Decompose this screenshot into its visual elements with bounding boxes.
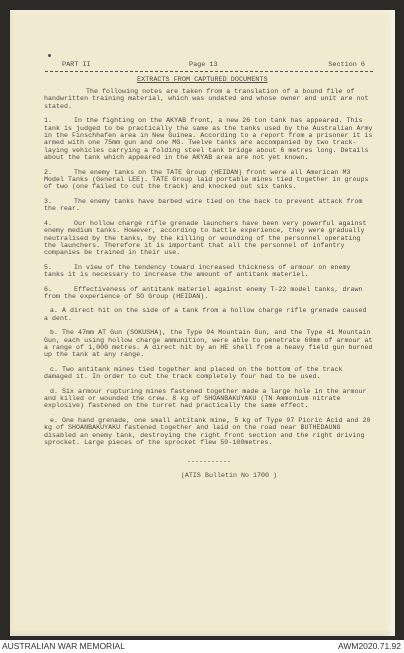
paragraph-2: 2.The enemy tanks on the TATE Group (HEI… (44, 169, 374, 191)
document-title: EXTRACTS FROM CAPTURED DOCUMENTS (137, 76, 268, 84)
header-section: Section 6 (328, 61, 365, 69)
paragraph-text: The enemy tanks have barbed wire tied on… (44, 198, 363, 212)
paragraph-text: In view of the tendency toward increased… (44, 264, 350, 278)
separator-line: ----------- (44, 458, 374, 465)
intro-paragraph: The following notes are taken from a tra… (44, 88, 374, 110)
paragraph-number: 1. (44, 117, 74, 124)
paragraph-3: 3.The enemy tanks have barbed wire tied … (44, 198, 374, 213)
subparagraph-text: Six armour rupturing mines fastened toge… (44, 388, 367, 410)
header-part: PART II (62, 61, 91, 69)
subparagraph-text: One hand grenade, one small antitank min… (44, 417, 371, 446)
subparagraph-label: d. (50, 388, 58, 395)
paragraph-1: 1.In the fighting on the AKYAB front, a … (44, 117, 374, 161)
subparagraph-label: c. (50, 366, 58, 373)
paragraph-text: The enemy tanks on the TATE Group (HEIDA… (44, 169, 369, 191)
subparagraph-b: b. The 47mm AT Gun (SOKUSHA), the Type 9… (44, 329, 374, 359)
paragraph-number: 5. (44, 264, 74, 271)
paragraph-number: 6. (44, 286, 74, 293)
page-header: PART II Page 13 Section 6 (45, 61, 373, 72)
paragraph-number: 3. (44, 198, 74, 205)
paragraph-text: Effectiveness of antitank materiel again… (44, 286, 363, 300)
paragraph-text: Our hollow charge rifle grenade launcher… (44, 220, 367, 257)
subparagraph-label: e. (50, 417, 58, 424)
citation: (ATIS Bulletin No 1700 ) (44, 472, 374, 479)
subparagraph-label: a. (50, 307, 58, 314)
paragraph-5: 5.In view of the tendency toward increas… (44, 264, 374, 279)
paragraph-number: 4. (44, 220, 74, 227)
document-body: The following notes are taken from a tra… (44, 88, 374, 479)
subparagraph-e: e. One hand grenade, one small antitank … (44, 417, 374, 447)
archive-caption: AUSTRALIAN WAR MEMORIAL AWM2020.71.92 (0, 640, 404, 653)
institution-name: AUSTRALIAN WAR MEMORIAL (2, 641, 125, 651)
subparagraph-text: Two antitank mines tied together and pla… (44, 366, 343, 380)
paragraph-number: 2. (44, 169, 74, 176)
paragraph-6: 6.Effectiveness of antitank materiel aga… (44, 286, 374, 301)
intro-text: The following notes are taken from a tra… (44, 88, 369, 110)
subparagraph-text: The 47mm AT Gun (SOKUSHA), the Type 94 M… (44, 329, 373, 358)
subparagraph-a: a. A direct hit on the side of a tank fr… (44, 307, 374, 322)
header-page: Page 13 (189, 61, 218, 69)
paragraph-text: In the fighting on the AKYAB front, a ne… (44, 117, 373, 161)
subparagraph-d: d. Six armour rupturing mines fastened t… (44, 388, 374, 410)
paragraph-4: 4.Our hollow charge rifle grenade launch… (44, 220, 374, 257)
subparagraph-text: A direct hit on the side of a tank from … (44, 307, 367, 321)
punch-hole-mark (48, 54, 51, 57)
accession-number: AWM2020.71.92 (338, 641, 401, 651)
subparagraph-label: b. (50, 329, 58, 336)
subparagraph-c: c. Two antitank mines tied together and … (44, 366, 374, 381)
